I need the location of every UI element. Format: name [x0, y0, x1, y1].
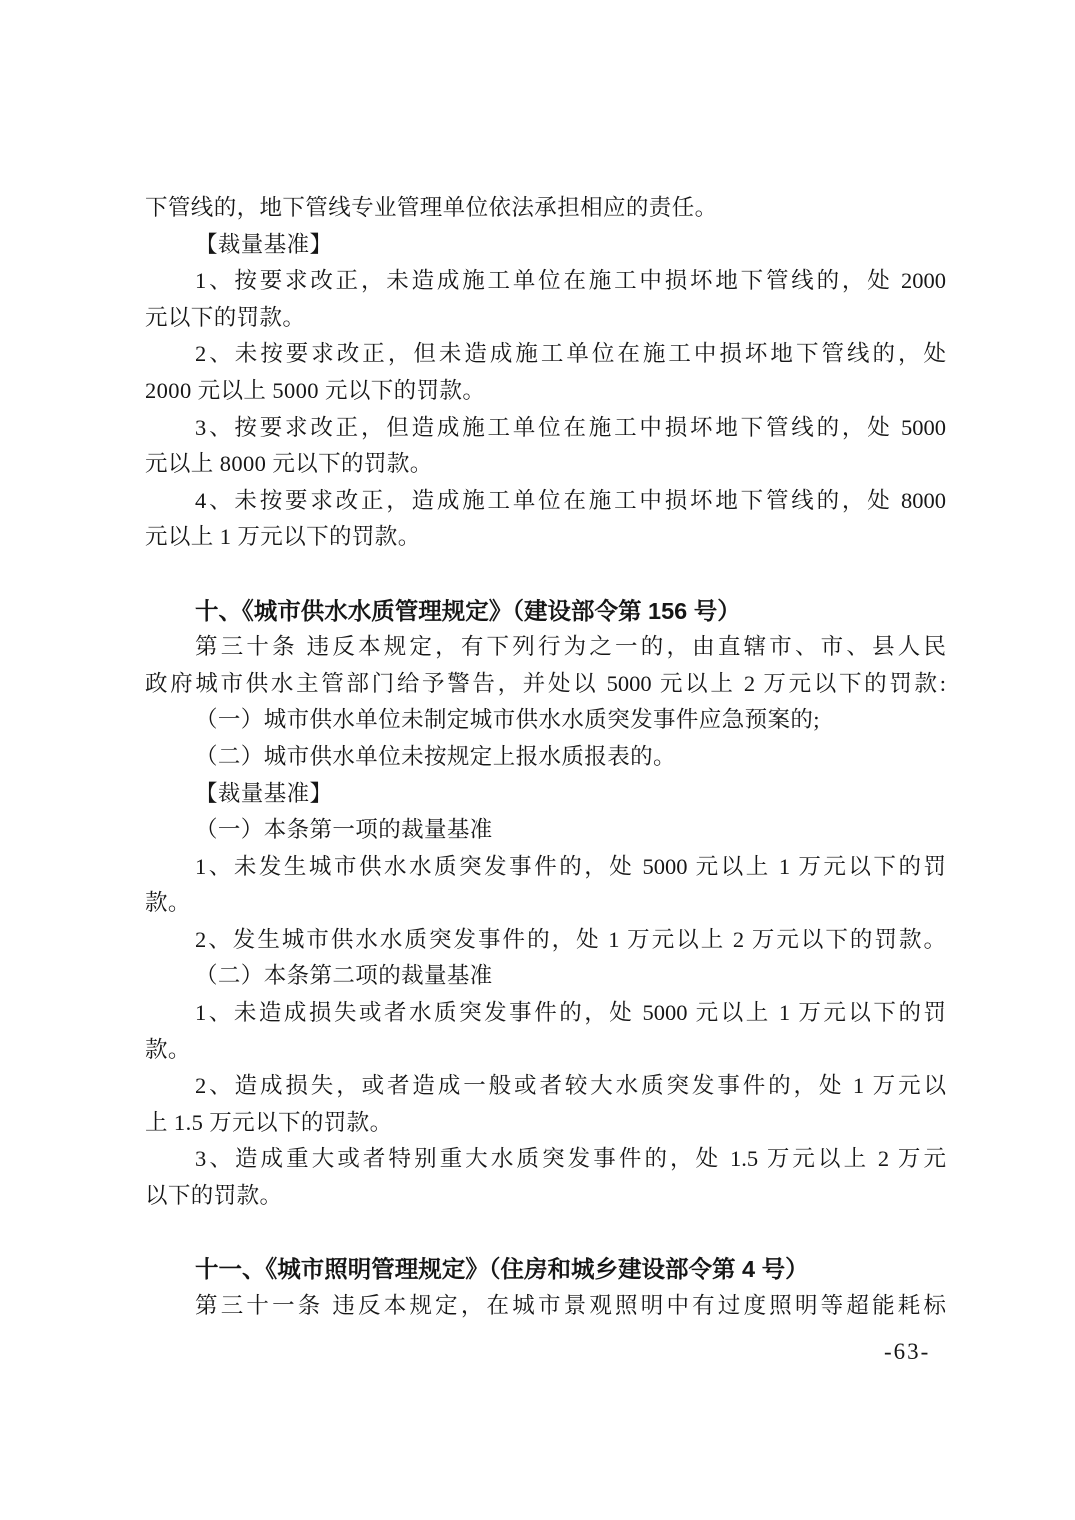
- document-line: 4、未按要求改正，造成施工单位在施工中损坏地下管线的，处 8000: [145, 483, 946, 520]
- document-line: 3、按要求改正，但造成施工单位在施工中损坏地下管线的，处 5000: [145, 410, 946, 447]
- document-line: （一）本条第一项的裁量基准: [145, 812, 946, 849]
- document-line: 元以上 8000 元以下的罚款。: [145, 446, 946, 483]
- document-line: 款。: [145, 885, 946, 922]
- page-number: -63-: [884, 1337, 930, 1367]
- document-page: 下管线的，地下管线专业管理单位依法承担相应的责任。 【裁量基准】 1、按要求改正…: [0, 0, 1075, 1520]
- section-heading-10: 十、《城市供水水质管理规定》（建设部令第 156 号）: [145, 593, 946, 630]
- document-line: 3、造成重大或者特别重大水质突发事件的，处 1.5 万元以上 2 万元: [145, 1141, 946, 1178]
- document-line: 1、按要求改正，未造成施工单位在施工中损坏地下管线的，处 2000: [145, 263, 946, 300]
- document-line: 款。: [145, 1032, 946, 1069]
- document-line: 2、发生城市供水水质突发事件的，处 1 万元以上 2 万元以下的罚款。: [145, 922, 946, 959]
- document-line: 第三十条 违反本规定，有下列行为之一的，由直辖市、市、县人民: [145, 629, 946, 666]
- blank-line: [145, 1215, 946, 1252]
- section-heading-11: 十一、《城市照明管理规定》（住房和城乡建设部令第 4 号）: [145, 1251, 946, 1288]
- document-line: 1、未造成损失或者水质突发事件的，处 5000 元以上 1 万元以下的罚: [145, 995, 946, 1032]
- document-line: 上 1.5 万元以下的罚款。: [145, 1105, 946, 1142]
- document-line: 以下的罚款。: [145, 1178, 946, 1215]
- blank-line: [145, 556, 946, 593]
- document-line: 元以下的罚款。: [145, 300, 946, 337]
- document-line: （二）本条第二项的裁量基准: [145, 958, 946, 995]
- document-line: 政府城市供水主管部门给予警告，并处以 5000 元以上 2 万元以下的罚款:: [145, 666, 946, 703]
- document-line: 2000 元以上 5000 元以下的罚款。: [145, 373, 946, 410]
- document-line: 2、造成损失，或者造成一般或者较大水质突发事件的，处 1 万元以: [145, 1068, 946, 1105]
- document-line: 2、未按要求改正，但未造成施工单位在施工中损坏地下管线的，处: [145, 336, 946, 373]
- document-line: （一）城市供水单位未制定城市供水水质突发事件应急预案的;: [145, 702, 946, 739]
- document-line: 1、未发生城市供水水质突发事件的，处 5000 元以上 1 万元以下的罚: [145, 849, 946, 886]
- document-line: 第三十一条 违反本规定，在城市景观照明中有过度照明等超能耗标: [145, 1288, 946, 1325]
- document-body: 下管线的，地下管线专业管理单位依法承担相应的责任。 【裁量基准】 1、按要求改正…: [145, 190, 946, 1324]
- document-line: 元以上 1 万元以下的罚款。: [145, 519, 946, 556]
- document-line: （二）城市供水单位未按规定上报水质报表的。: [145, 739, 946, 776]
- document-line: 【裁量基准】: [145, 227, 946, 264]
- document-line: 下管线的，地下管线专业管理单位依法承担相应的责任。: [145, 190, 946, 227]
- document-line: 【裁量基准】: [145, 776, 946, 813]
